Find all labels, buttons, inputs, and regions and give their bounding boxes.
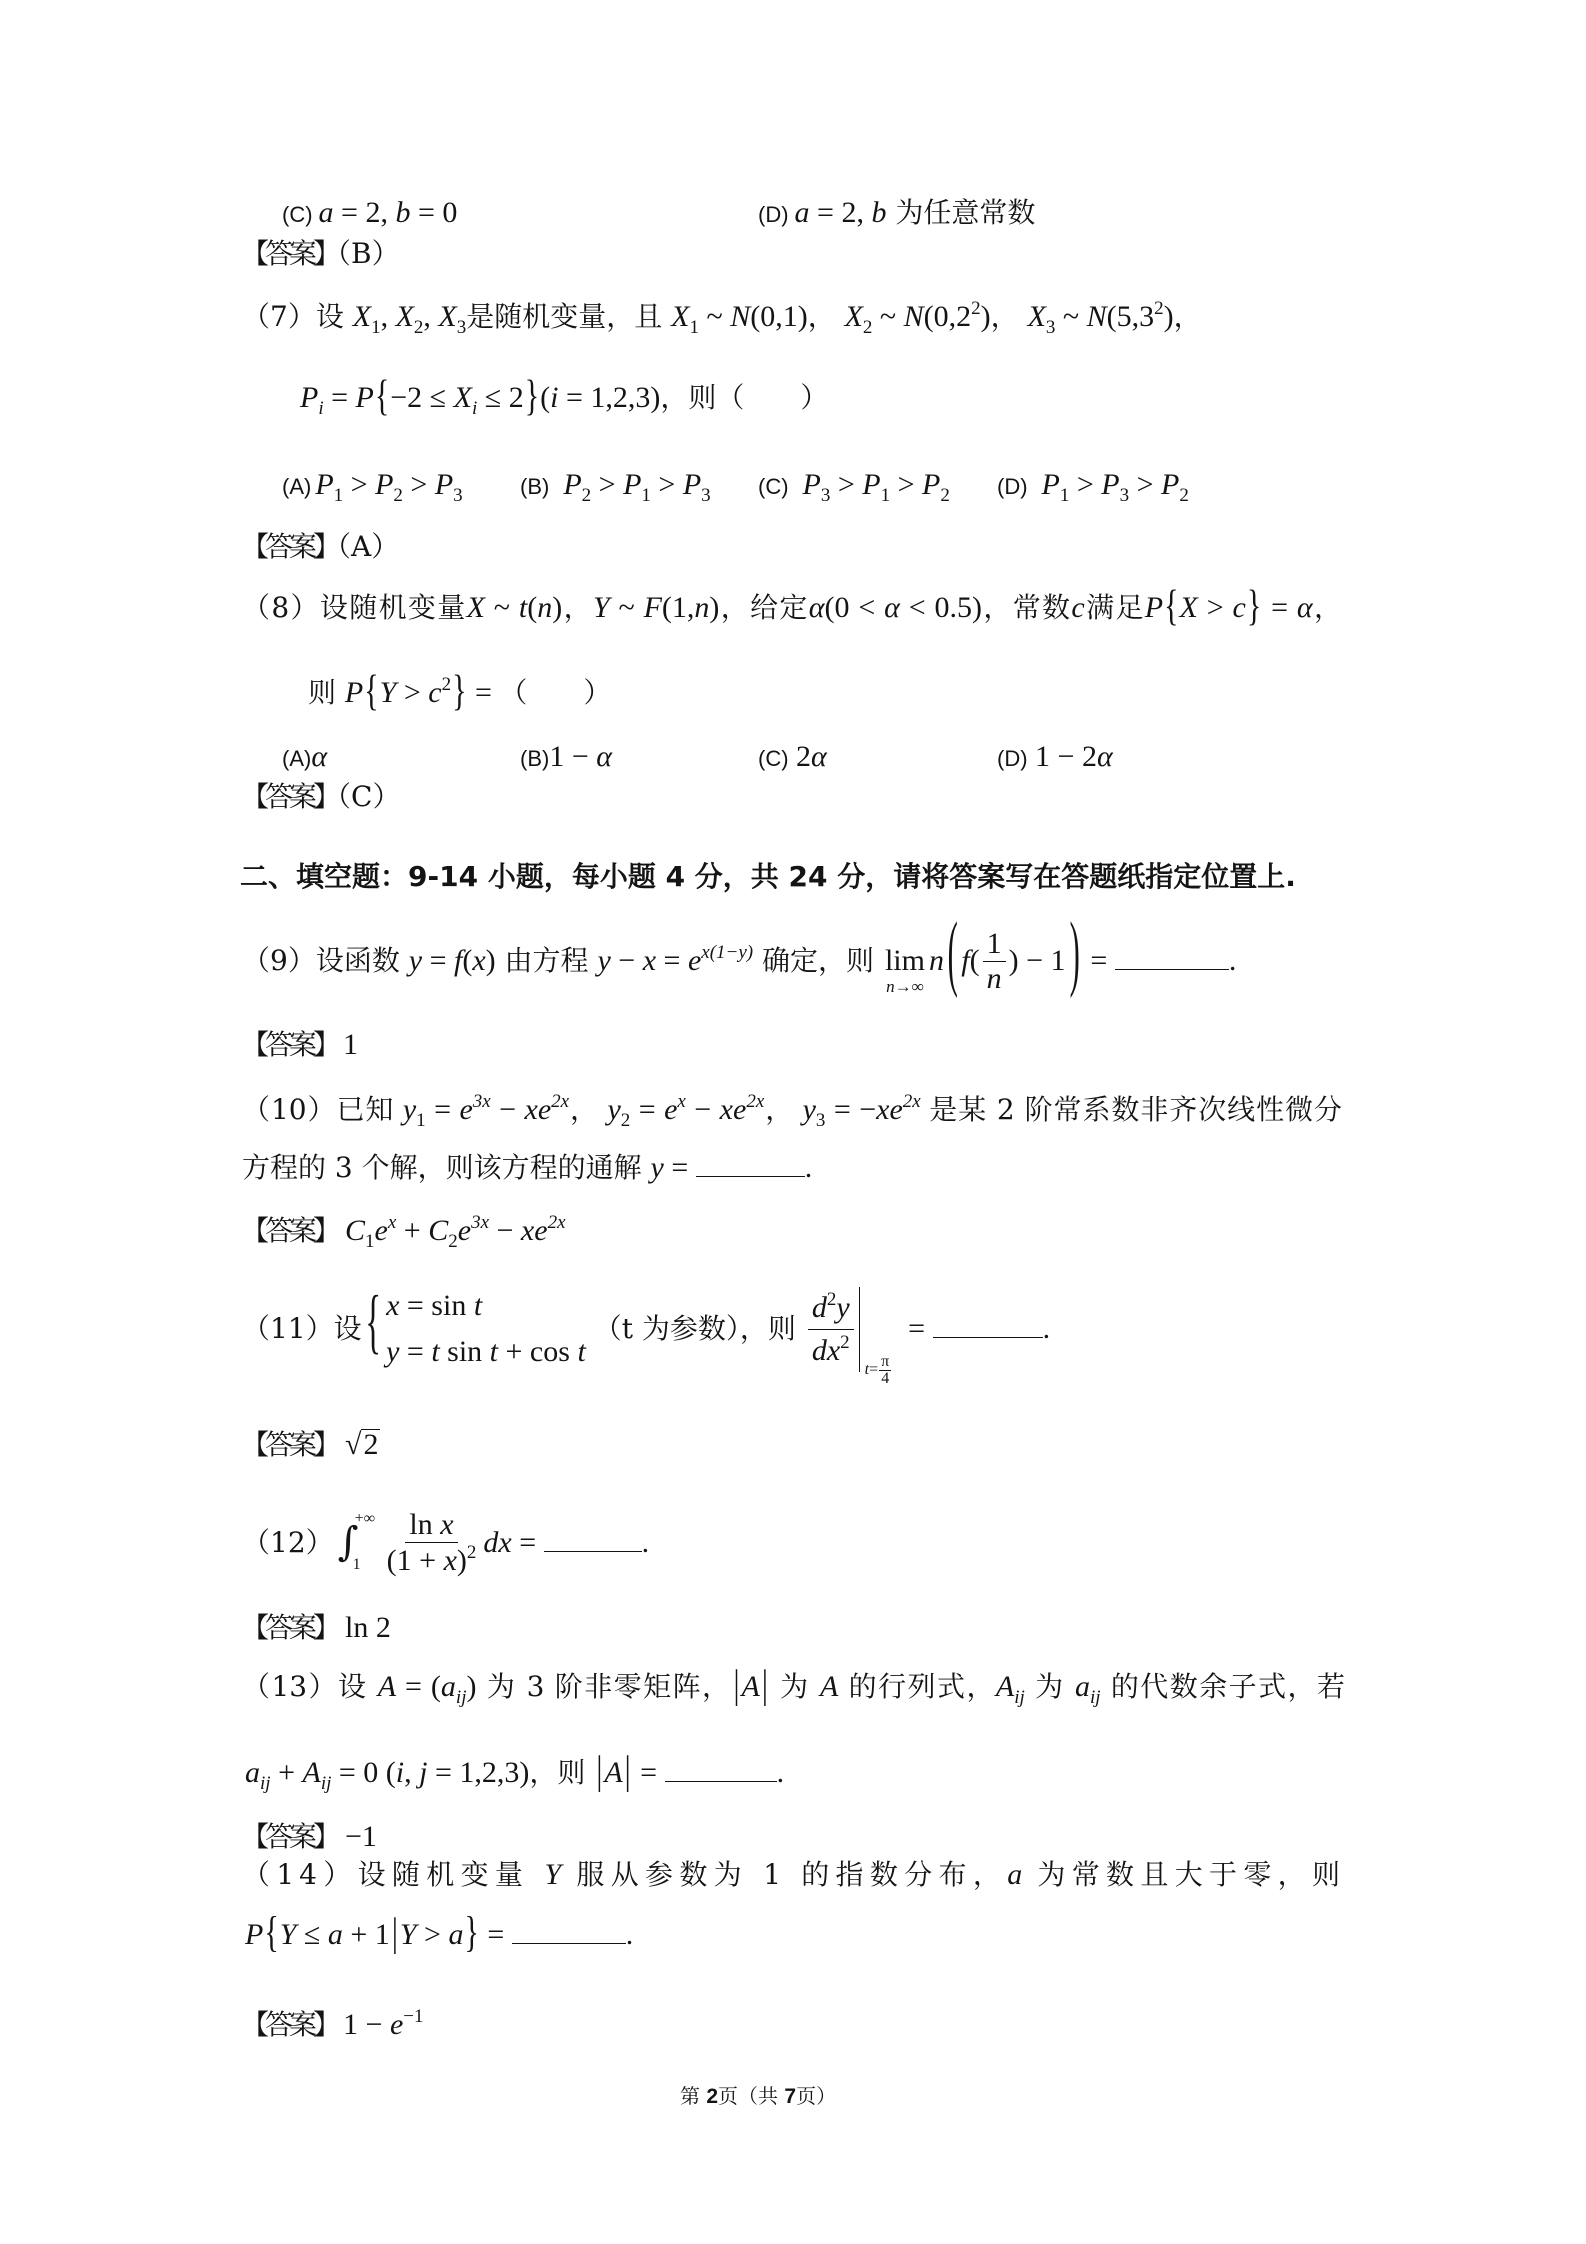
math-var: A: [378, 1670, 396, 1703]
text: ，则: [529, 1756, 594, 1789]
math-var: e: [664, 1093, 677, 1126]
math-var: α: [884, 591, 900, 624]
math-var: P: [345, 676, 363, 709]
math: =: [467, 676, 499, 709]
math: (5,3: [1107, 300, 1155, 333]
section-header: 二、填空题：9-14 小题，每小题 4 分，共 24 分，请将答案写在答题纸指定…: [240, 857, 1296, 897]
superscript: 2: [827, 1289, 837, 1310]
q12-tail: dx = .: [483, 1523, 649, 1563]
numerator: d2y: [808, 1287, 854, 1330]
math: + cos: [498, 1335, 577, 1368]
math-var: xe: [720, 1093, 747, 1126]
math-var: n: [929, 944, 944, 977]
text: （t 为参数），则: [594, 1312, 805, 1345]
math-var: α: [311, 740, 327, 773]
math-var: a: [1007, 1858, 1022, 1891]
footer-middle: 页（共: [718, 2084, 784, 2108]
evaluation-bar: t=π4: [859, 1287, 861, 1372]
math: +: [271, 1756, 303, 1789]
math: = 0: [410, 196, 457, 229]
subscript: 2: [863, 317, 873, 338]
answer-blank: [933, 1312, 1043, 1338]
math: =: [399, 1335, 431, 1368]
upper-limit: +∞: [355, 1511, 375, 1527]
subscript: ij: [321, 1773, 332, 1794]
superscript: 2: [442, 674, 452, 695]
math: ,: [423, 300, 438, 333]
text: 设随机变量: [358, 1858, 545, 1891]
math-var: P: [356, 381, 374, 414]
q11-answer: 【答案】√2: [241, 1425, 380, 1465]
math-var: N: [904, 300, 924, 333]
math-var: e: [459, 1093, 472, 1126]
brace: {: [264, 1904, 278, 1962]
page-number: 2: [706, 2085, 718, 2108]
text: ，: [562, 591, 593, 624]
math: = 0 (: [331, 1756, 395, 1789]
text: 由方程: [496, 944, 598, 977]
q6-option-c: (C)a = 2, b = 0: [282, 193, 457, 235]
math-var: P: [315, 468, 333, 501]
answer-label: 【答案】: [241, 237, 337, 270]
subscript: 3: [821, 485, 831, 506]
q6-options-row: (C)a = 2, b = 0 (D)a = 2, b 为任意常数: [0, 193, 1586, 233]
math: ln: [409, 1508, 440, 1541]
math-var: x: [440, 1508, 453, 1541]
math-var: Y: [380, 676, 397, 709]
math: .: [626, 1918, 634, 1951]
subscript: 1: [1060, 485, 1070, 506]
math-var: C: [428, 1214, 448, 1247]
system-row-x: x = sin t: [386, 1283, 586, 1329]
text: 满足: [1085, 591, 1145, 624]
math-var: a: [245, 1756, 260, 1789]
question-number: （12）: [242, 1526, 334, 1559]
math: = 2,: [810, 196, 872, 229]
option-label: (C): [758, 474, 789, 499]
superscript: 2: [1154, 298, 1164, 319]
math-var: P: [563, 468, 581, 501]
footer-suffix: 页）: [796, 2084, 836, 2108]
math: >: [417, 1918, 449, 1951]
text: 设: [334, 1312, 362, 1345]
math: +: [396, 1214, 428, 1247]
math-var: a: [795, 196, 810, 229]
math-var: a: [319, 196, 334, 229]
math: ): [1164, 300, 1174, 333]
math: >: [1069, 468, 1101, 501]
subscript: 3: [701, 485, 711, 506]
subscript: ij: [260, 1773, 271, 1794]
math: =: [630, 1093, 664, 1126]
limit-operator: limn→∞: [885, 944, 925, 996]
math-var: P: [375, 468, 393, 501]
math: >: [403, 468, 435, 501]
answer-label: 【答案】: [241, 1214, 337, 1247]
question-13-stem: （13）设 A = (aij) 为 3 阶非零矩阵，|A| 为 A 的行列式，A…: [242, 1667, 1345, 1707]
math-var: Y: [400, 1918, 417, 1951]
text: 是某 2 阶常系数非齐次线性微分: [929, 1093, 1342, 1126]
denominator: n: [983, 962, 1006, 996]
brace: {: [375, 367, 389, 425]
math-var: P: [683, 468, 701, 501]
math-var: e: [458, 1214, 471, 1247]
math-var: α: [1097, 740, 1113, 773]
math: (1,: [662, 591, 695, 624]
question-10-stem-continued: 方程的 3 个解，则该方程的通解 y = .: [242, 1148, 812, 1188]
option-label: (A): [282, 746, 311, 771]
math-var: d: [812, 1291, 827, 1324]
text: 为任意常数: [886, 196, 1035, 229]
math: ~: [699, 300, 730, 333]
text: 为 3 阶非零矩阵，: [476, 1670, 731, 1703]
math: (: [462, 944, 472, 977]
q8-answer: 【答案】（C）: [241, 777, 400, 817]
math-var: Y: [593, 591, 610, 624]
text: ，: [1313, 591, 1342, 624]
q12-number: （12）: [242, 1523, 334, 1563]
page-footer: 第 2页（共 7页）: [680, 2076, 836, 2116]
math-var: t: [519, 591, 527, 624]
evaluation-point: t=π4: [865, 1354, 893, 1387]
math-var: X: [1028, 300, 1046, 333]
numerator: 1: [983, 927, 1006, 962]
question-number: （14）: [242, 1858, 358, 1891]
superscript: 2x: [903, 1091, 921, 1112]
text: （ ）: [499, 676, 611, 709]
q13-answer: 【答案】−1: [241, 1817, 377, 1857]
math-var: dx: [812, 1334, 840, 1367]
math-var: X: [845, 300, 863, 333]
math: < 0.5): [900, 591, 982, 624]
math-var: i: [396, 1756, 404, 1789]
answer-blank: [544, 1526, 642, 1552]
fraction: π4: [879, 1354, 891, 1387]
text: ，常数: [982, 591, 1071, 624]
q7-option-c: (C)P3 > P1 > P2: [758, 465, 950, 507]
option-label: (D): [758, 202, 789, 227]
math-var: c: [1071, 591, 1084, 624]
superscript: 2x: [746, 1091, 764, 1112]
answer-value: 1: [343, 1028, 358, 1061]
big-paren-right: ): [1069, 905, 1079, 1005]
math-var: n: [694, 591, 709, 624]
q9-stem: （9）设函数 y = f(x) 由方程 y − x = ex(1−y) 确定，则: [242, 941, 883, 981]
math: −: [489, 1214, 521, 1247]
denominator: (1 + x)2: [383, 1543, 481, 1578]
math: 1 − 2: [1028, 740, 1097, 773]
math-var: y: [409, 944, 422, 977]
superscript: −1: [403, 2006, 423, 2027]
math-var: b: [871, 196, 886, 229]
brace: }: [464, 1904, 478, 1962]
subscript: 1: [641, 485, 651, 506]
q6-option-d: (D)a = 2, b 为任意常数: [758, 193, 1035, 235]
math-var: x: [386, 1289, 399, 1322]
answer-value: （A）: [337, 530, 399, 563]
question-14-condition: P{Y ≤ a + 1|Y > a} = .: [245, 1915, 633, 1955]
math-var: xe: [521, 1214, 548, 1247]
answer-label: 【答案】: [241, 1820, 337, 1853]
math: >: [890, 468, 922, 501]
math-var: P: [1042, 468, 1060, 501]
answer-label: 【答案】: [241, 530, 337, 563]
math-var: X: [454, 381, 472, 414]
q9-expr-f: f(: [961, 941, 979, 981]
math: ~: [485, 591, 519, 624]
math: ): [981, 300, 991, 333]
subscript: 3: [1120, 485, 1130, 506]
math: (: [970, 944, 980, 977]
math-var: xe: [525, 1093, 552, 1126]
superscript: 2x: [548, 1212, 566, 1233]
page-total: 7: [784, 2085, 796, 2108]
math: 1 −: [549, 740, 596, 773]
math-var: X: [353, 300, 371, 333]
subscript: ij: [456, 1687, 467, 1708]
math: 4: [881, 1370, 889, 1387]
equation-system: x = sin t y = t sin t + cos t: [386, 1283, 586, 1375]
math-var: P: [1145, 591, 1163, 624]
question-8-stem: （8）设随机变量X ~ t(n)，Y ~ F(1,n)，给定α(0 < α < …: [242, 588, 1342, 628]
math-var: N: [1087, 300, 1107, 333]
superscript: 2: [467, 1542, 477, 1563]
question-number: （9）: [242, 944, 316, 977]
question-13-condition: aij + Aij = 0 (i, j = 1,2,3)，则 |A| = .: [245, 1753, 784, 1793]
math: = 2,: [334, 196, 396, 229]
answer-blank: [696, 1151, 805, 1177]
math: =: [869, 1361, 878, 1379]
math-var: y: [597, 944, 610, 977]
math: (0 <: [825, 591, 885, 624]
text: ，: [569, 1093, 599, 1126]
q12-answer: 【答案】ln 2: [241, 1608, 391, 1648]
math: >: [1198, 591, 1233, 624]
question-10-stem: （10）已知 y1 = e3x − xe2x， y2 = ex − xe2x， …: [242, 1090, 1342, 1130]
text: 为常数且大于零，则: [1022, 1858, 1345, 1891]
text: ，则（ ）: [660, 381, 828, 414]
math-var: e: [390, 2008, 403, 2041]
math-var: n: [987, 962, 1002, 995]
option-label: (B): [520, 474, 549, 499]
q7-option-a: (A)P1 > P2 > P3: [282, 465, 463, 507]
answer-label: 【答案】: [241, 1028, 337, 1061]
superscript: x: [677, 1091, 685, 1112]
lim-subscript: n→∞: [886, 978, 924, 996]
math: .: [805, 1151, 813, 1184]
subscript: ij: [1090, 1687, 1101, 1708]
math-var: P: [1101, 468, 1119, 501]
math: ): [457, 1544, 467, 1577]
math: 1 −: [343, 2008, 390, 2041]
text: 的代数余子式，若: [1101, 1670, 1345, 1703]
fraction: 1n: [983, 927, 1006, 996]
math: .: [1229, 944, 1237, 977]
math-var: X: [1180, 591, 1198, 624]
question-number: （7）: [242, 300, 316, 333]
system-row-y: y = t sin t + cos t: [386, 1329, 586, 1375]
math: = −: [825, 1093, 876, 1126]
superscript: 2x: [551, 1091, 569, 1112]
math: −: [491, 1093, 525, 1126]
math: 1: [987, 927, 1002, 960]
math: (0,1): [750, 300, 807, 333]
text: 确定，则: [753, 944, 883, 977]
math-var: P: [1161, 468, 1179, 501]
math-var: t: [490, 1335, 498, 1368]
text: 是随机变量，且: [466, 300, 671, 333]
math: >: [830, 468, 862, 501]
integral: ∫+∞1: [338, 1513, 378, 1573]
question-number: （8）: [242, 591, 320, 624]
text: ，: [764, 1093, 794, 1126]
math: =: [480, 1918, 512, 1951]
math: (: [540, 381, 550, 414]
answer-label: 【答案】: [241, 780, 337, 813]
math-var: a: [441, 1670, 456, 1703]
math-var: P: [623, 468, 641, 501]
subscript: 1: [334, 485, 344, 506]
math: =: [426, 1093, 460, 1126]
math-var: A: [996, 1670, 1014, 1703]
subscript: 3: [453, 485, 463, 506]
question-11: （11）设 { x = sin t y = t sin t + cos t （t…: [242, 1259, 1050, 1399]
math-var: y: [386, 1335, 399, 1368]
math: ≤ 2: [477, 381, 523, 414]
q8-options-row: (A)α (B)1 − α (C) 2α (D) 1 − 2α: [0, 737, 1586, 777]
brace: {: [1164, 577, 1178, 635]
math: =: [1262, 591, 1297, 624]
q7-answer: 【答案】（A）: [241, 527, 399, 567]
subscript: 2: [393, 485, 403, 506]
math-var: x: [444, 1544, 457, 1577]
q11-intro: （11）设: [242, 1309, 362, 1349]
math-var: A: [741, 1670, 759, 1703]
subscript: 2: [940, 485, 950, 506]
answer-blank: [1115, 944, 1229, 970]
math-var: X: [671, 300, 689, 333]
math-var: P: [435, 468, 453, 501]
text: 设: [316, 300, 353, 333]
option-label: (C): [282, 202, 313, 227]
text: 已知: [336, 1093, 394, 1126]
math-var: y: [803, 1093, 816, 1126]
subscript: 2: [414, 317, 424, 338]
subscript: 1: [689, 317, 699, 338]
lim-text: lim: [885, 944, 925, 978]
math-var: α: [1297, 591, 1313, 624]
question-7-condition: Pi = P{−2 ≤ Xi ≤ 2}(i = 1,2,3)，则（ ）: [300, 378, 828, 418]
option-label: (D): [997, 746, 1028, 771]
math-var: dx: [483, 1526, 511, 1559]
subscript: 1: [365, 1231, 375, 1252]
option-label: (C): [758, 746, 789, 771]
math: =: [1083, 944, 1115, 977]
math: =: [633, 1756, 665, 1789]
math: .: [1043, 1312, 1051, 1345]
answer-label: 【答案】: [241, 2008, 337, 2041]
math: >: [1129, 468, 1161, 501]
question-8-question: 则 P{Y > c2} = （ ）: [308, 673, 611, 713]
math-var: α: [809, 591, 825, 624]
math: >: [396, 676, 428, 709]
q8-option-d: (D) 1 − 2α: [997, 737, 1113, 779]
math: =: [422, 944, 454, 977]
abs-bar: |: [733, 1659, 739, 1713]
math-var: A: [302, 1756, 320, 1789]
subscript: 2: [448, 1231, 458, 1252]
math-var: y: [836, 1291, 849, 1324]
q14-answer: 【答案】1 − e−1: [241, 2005, 423, 2045]
numerator: ln x: [405, 1508, 457, 1543]
answer-value: −1: [345, 1820, 377, 1853]
question-number: （13）: [242, 1670, 338, 1703]
abs-bar: |: [762, 1659, 768, 1713]
math: −2 ≤: [390, 381, 453, 414]
subscript: 3: [457, 317, 467, 338]
math-var: a: [448, 1918, 463, 1951]
math: ~: [610, 591, 644, 624]
q11-note: （t 为参数），则: [594, 1309, 805, 1349]
question-9: （9）设函数 y = f(x) 由方程 y − x = ex(1−y) 确定，则…: [242, 901, 1236, 1021]
math-var: P: [300, 381, 318, 414]
math: 2: [789, 740, 812, 773]
text: 设: [338, 1670, 378, 1703]
math-var: P: [862, 468, 880, 501]
subscript: 1: [881, 485, 891, 506]
math-var: α: [811, 740, 827, 773]
math-var: t: [474, 1289, 482, 1322]
math: (1 +: [387, 1544, 444, 1577]
math-var: N: [730, 300, 750, 333]
math: (0,2: [924, 300, 972, 333]
text: ，: [991, 300, 1028, 333]
math-var: c: [428, 676, 441, 709]
second-derivative: d2ydx2: [808, 1287, 854, 1372]
text: 的行列式，: [838, 1670, 996, 1703]
math-var: e: [688, 944, 701, 977]
q7-options-row: (A)P1 > P2 > P3 (B)P2 > P1 > P3 (C)P3 > …: [0, 465, 1586, 505]
question-number: （10）: [242, 1093, 336, 1126]
math: =: [664, 1151, 696, 1184]
brace: }: [452, 662, 466, 720]
option-label: (D): [997, 474, 1028, 499]
answer-blank: [665, 1756, 777, 1782]
math-var: xe: [876, 1093, 903, 1126]
subscript: 1: [371, 317, 381, 338]
text: 设函数: [316, 944, 409, 977]
math: ~: [872, 300, 903, 333]
q10-answer: 【答案】C1ex + C2e3x − xe2x: [241, 1211, 566, 1251]
q9-tail: = .: [1083, 941, 1236, 981]
math: ): [552, 591, 562, 624]
question-14-stem: （14）设随机变量 Y 服从参数为 1 的指数分布，a 为常数且大于零，则: [242, 1855, 1345, 1895]
math-var: a: [328, 1918, 343, 1951]
math: = (: [396, 1670, 441, 1703]
math: −: [611, 944, 643, 977]
math: ): [486, 944, 496, 977]
subscript: 1: [416, 1110, 426, 1131]
math-var: e: [375, 1214, 388, 1247]
math: .: [777, 1756, 785, 1789]
superscript: 3x: [473, 1091, 491, 1112]
math-var: c: [1232, 591, 1245, 624]
answer-value: （C）: [337, 780, 400, 813]
math-var: y: [403, 1093, 416, 1126]
lower-limit: 1: [353, 1557, 361, 1573]
math-var: t: [577, 1335, 585, 1368]
superscript: 2: [971, 298, 981, 319]
